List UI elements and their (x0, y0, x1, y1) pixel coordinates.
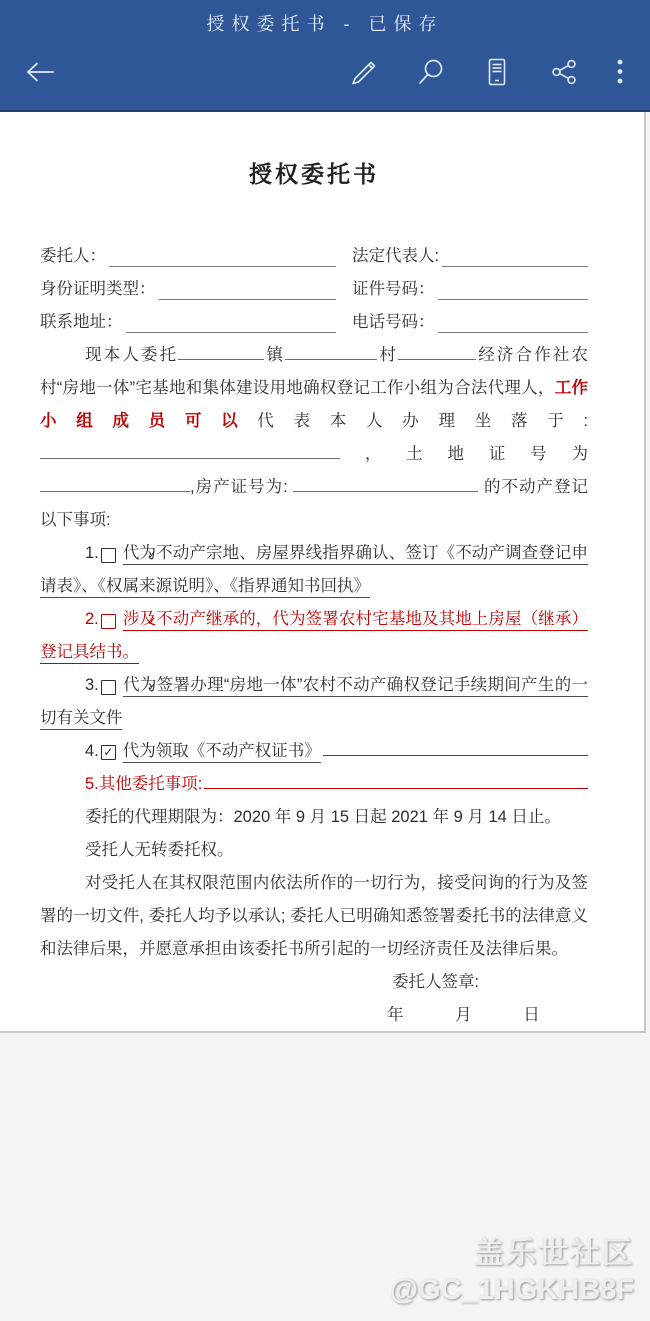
intro-text: 代表本人办理坐落于: (257, 412, 588, 430)
blank-line (126, 306, 337, 333)
field-label: 法定代表人: (352, 240, 439, 273)
item-3: 3.✓代为签署办理“房地一体”农村不动产确权登记手续期间产生的一切有关文件 (40, 669, 588, 735)
field-row: 委托人： 法定代表人: (40, 240, 588, 273)
search-button[interactable] (416, 57, 446, 87)
field-phone: 电话号码： (352, 306, 588, 339)
intro-text: 镇 (264, 346, 285, 364)
field-label: 电话号码： (352, 306, 435, 339)
date-year-label: 年 (387, 999, 404, 1032)
blank-line (438, 273, 589, 300)
item-number: 3. (85, 676, 99, 694)
fields-section: 委托人： 法定代表人: 身份证明类型： 证件号码： 联系地址： (40, 240, 588, 339)
field-row: 身份证明类型： 证件号码： (40, 273, 588, 306)
field-label: 联系地址： (40, 306, 123, 339)
pencil-icon (348, 56, 380, 88)
signature-label: 委托人签章: (392, 966, 588, 999)
checked-checkbox-icon: ✓ (101, 680, 116, 695)
field-label: 身份证明类型： (40, 273, 156, 306)
blank-village (285, 344, 377, 360)
app-bar: 授权委托书 - 已保存 (0, 0, 650, 112)
back-button[interactable] (22, 60, 56, 84)
item-5: 5. 其他委托事项: (40, 768, 588, 801)
document-title-bar: 授权委托书 - 已保存 (0, 0, 650, 36)
document-heading: 授权委托书 (40, 156, 588, 192)
edit-button[interactable] (348, 56, 380, 88)
blank-house-cert (293, 476, 478, 492)
field-label: 证件号码： (352, 273, 435, 306)
blank-line-red (204, 787, 588, 789)
field-principal: 委托人： (40, 240, 352, 273)
checked-checkbox-icon: ✓ (101, 745, 116, 760)
item-2: 2.✓涉及不动产继承的，代为签署农村宅基地及其地上房屋（继承）登记具结书。 (40, 603, 588, 669)
blank-line (442, 240, 588, 267)
share-button[interactable] (548, 56, 580, 88)
blank-location (40, 443, 340, 459)
date-day-label: 日 (523, 999, 540, 1032)
field-legal-representative: 法定代表人: (352, 240, 588, 273)
item-number: 4. (85, 735, 99, 768)
mobile-view-icon (482, 56, 512, 88)
watermark-community-name: 盖乐世社区 (390, 1235, 634, 1272)
no-delegate-paragraph: 受托人无转委托权。 (40, 834, 588, 867)
item-text: 代为不动产宗地、房屋界线指界确认、签订《不动产调查登记申请表》、《权属来源说明》… (40, 544, 588, 595)
item-text-red: 其他委托事项: (99, 768, 203, 801)
blank-coop (398, 344, 476, 360)
closing-paragraph: 对受托人在其权限范围内依法所作的一切行为，接受问询的行为及签署的一切文件, 委托… (40, 867, 588, 966)
intro-text: ,房产证号为: (190, 478, 293, 496)
checked-checkbox-icon: ✓ (101, 548, 116, 563)
item-text: 代为签署办理“房地一体”农村不动产确权登记手续期间产生的一切有关文件 (40, 676, 588, 727)
blank-line (323, 754, 588, 756)
back-arrow-icon (22, 60, 56, 84)
item-1: 1.✓代为不动产宗地、房屋界线指界确认、签订《不动产调查登记申请表》、《权属来源… (40, 537, 588, 603)
watermark-user-handle: @GC_1HGKHB8F (390, 1272, 634, 1309)
item-text: 代为领取《不动产权证书》 (123, 735, 321, 768)
field-address: 联系地址： (40, 306, 352, 339)
intro-text: 现本人委托 (85, 346, 178, 364)
term-paragraph: 委托的代理期限为：2020 年 9 月 15 日起 2021 年 9 月 14 … (40, 801, 588, 834)
signature-date-line: 年 月 日 (387, 999, 588, 1032)
overflow-menu-button[interactable] (616, 57, 624, 87)
share-icon (548, 56, 580, 88)
vertical-ellipsis-icon (616, 57, 624, 87)
intro-text: ，土地证号为 (340, 445, 588, 463)
blank-line (438, 306, 589, 333)
field-label: 委托人： (40, 240, 106, 273)
field-id-number: 证件号码： (352, 273, 588, 306)
blank-land-cert (40, 476, 190, 492)
blank-town (178, 344, 264, 360)
field-row: 联系地址： 电话号码： (40, 306, 588, 339)
search-icon (416, 57, 446, 87)
blank-line (159, 273, 337, 300)
blank-line (109, 240, 336, 267)
item-text-red: 涉及不动产继承的，代为签署农村宅基地及其地上房屋（继承）登记具结书。 (40, 610, 588, 661)
item-number: 2. (85, 610, 99, 628)
check-glyph: ✓ (103, 745, 113, 759)
toolbar-actions (348, 56, 624, 88)
toolbar (0, 39, 650, 105)
intro-paragraph: 现本人委托镇村经济合作社农村“房地一体”宅基地和集体建设用地确权登记工作小组为合… (40, 339, 588, 537)
intro-text: 村 (377, 346, 398, 364)
field-id-type: 身份证明类型： (40, 273, 352, 306)
date-month-label: 月 (455, 999, 472, 1032)
item-4: 4. ✓ 代为领取《不动产权证书》 (40, 735, 588, 768)
mobile-view-button[interactable] (482, 56, 512, 88)
document-page[interactable]: 授权委托书 委托人： 法定代表人: 身份证明类型： 证件号码： (0, 112, 646, 1033)
item-number: 1. (85, 544, 99, 562)
canvas-background: 盖乐世社区 @GC_1HGKHB8F (0, 1035, 650, 1321)
checked-checkbox-icon: ✓ (101, 614, 116, 629)
item-number: 5. (85, 768, 99, 801)
watermark: 盖乐世社区 @GC_1HGKHB8F (390, 1235, 634, 1309)
